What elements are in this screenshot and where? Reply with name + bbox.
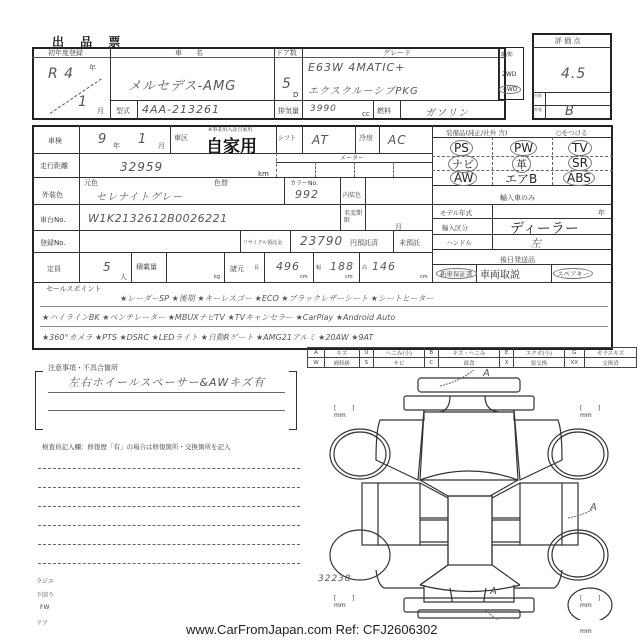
mark-right: A — [590, 502, 598, 513]
damage-legend: Aキズ Uへこみ(小) Bキズ・へこみ Eエクボ(小) Gガラスキズ W補修跡 … — [307, 347, 637, 368]
score-value: 4.5 — [561, 66, 586, 82]
model-code-value: 4AA-213261 — [142, 103, 220, 116]
doc-warranty: 新車保証書 — [436, 268, 477, 279]
sales-line-2: ★ハイラインBK ★ベンチレーター ★MBUXナビTV ★TVキャンセラー ★C… — [42, 312, 395, 323]
import-type-value: ディーラー — [510, 218, 579, 238]
svg-text:[: [ — [334, 405, 336, 412]
mark-rear: A — [490, 586, 498, 597]
sales-line-1: ★レーダーSP ★後期 ★キーレスゴー ★ECO ★ブラックレザーシート ★シー… — [120, 293, 434, 304]
doc-spare-key: スペアキー — [553, 268, 593, 279]
displacement-label: 排気量 — [278, 106, 299, 116]
grade-line2: エクスクルーシブPKG — [308, 82, 419, 97]
fuel-value: ガソリン — [425, 104, 469, 119]
chassis-label: 車台No. — [40, 215, 66, 225]
svg-text:]: ] — [352, 595, 354, 602]
inspection-year: 9 — [98, 132, 107, 147]
side-label-radiator: ラジエ — [36, 576, 54, 585]
mileage-label: 走行距離 — [40, 161, 68, 171]
inspection-label: 車検 — [48, 136, 62, 146]
dims-height: 146 — [372, 260, 396, 273]
drive-2wd: 2WD — [502, 71, 516, 78]
svg-text:[: [ — [580, 595, 582, 602]
inspection-month: 1 — [138, 132, 147, 147]
equip-sr: SR — [568, 155, 592, 171]
score-label: 評 価 点 — [555, 36, 580, 46]
model-code-label: 型式 — [116, 106, 130, 116]
notes-value: 左右ホイールスペーサー&AWキズ有 — [68, 374, 265, 390]
shift-label: シフト — [278, 133, 296, 142]
color-no-value: 992 — [295, 188, 319, 201]
score-exterior: B — [565, 104, 575, 119]
dims-width: 188 — [330, 260, 354, 273]
side-label-under: 下回り — [36, 590, 54, 599]
inspector-label: 検査員記入欄：修復歴「有」の場合は修復箇所・交換箇所を記入 — [42, 442, 231, 451]
equip-pw: PW — [510, 140, 537, 156]
car-name-label: 車 名 — [175, 48, 203, 58]
doc-manual: 車両取説 — [480, 266, 520, 281]
capacity-label: 定員 — [47, 264, 61, 274]
color-value: セレナイトグレー — [96, 188, 183, 203]
svg-text:[: [ — [580, 405, 582, 412]
car-name-value: メルセデス-AMG — [128, 75, 236, 94]
watermark-ref: CFJ2606302 — [363, 622, 437, 637]
fuel-label: 燃料 — [377, 106, 391, 116]
equip-airbag: エアB — [505, 170, 537, 187]
watermark: www.CarFromJapan.com Ref: CFJ2606302 — [186, 622, 437, 637]
svg-text:[: [ — [334, 595, 336, 602]
color-label: 外装色 — [42, 190, 63, 200]
watermark-site: www.CarFromJapan.com — [186, 622, 332, 637]
diagram-note: 32238 — [318, 574, 352, 584]
side-label-fw: FW — [40, 604, 49, 611]
sales-line-3: ★360°カメラ ★PTS ★DSRC ★LEDライト ★自動Rゲート ★AMG… — [42, 332, 373, 343]
displacement-value: 3990 — [310, 104, 337, 114]
first-reg-year: R 4 — [48, 66, 74, 82]
equip-tv: TV — [568, 140, 592, 156]
grade-label: グレード — [383, 48, 411, 58]
watermark-ref-label: Ref: — [336, 622, 360, 637]
doors-value: 5 — [282, 76, 292, 92]
doors-label: ドア数 — [276, 48, 297, 58]
equip-abs: ABS — [563, 170, 595, 186]
usage-value: 自家用 — [206, 132, 257, 157]
chassis-value: W1K2132612B0026221 — [88, 212, 228, 225]
svg-text:]: ] — [598, 595, 600, 602]
import-section-label: 輸入車のみ — [500, 193, 535, 203]
recycle-label: リサイクル預託金 — [243, 239, 282, 246]
sales-points-label: セールスポイント — [46, 284, 101, 294]
ac-value: AC — [388, 133, 407, 147]
mileage-value: 32959 — [120, 160, 163, 174]
load-label: 積載量 — [136, 262, 157, 272]
equipment-label: 装備品(純正/社外 含) — [446, 128, 507, 137]
equip-ps: PS — [450, 140, 473, 156]
dims-label: 諸元 — [230, 264, 244, 274]
mark-front: A — [483, 368, 491, 379]
first-reg-month: 1 — [78, 94, 88, 110]
usage-label: 車区 — [174, 133, 188, 143]
grade-line1: E63W 4MATIC+ — [308, 61, 405, 74]
capacity-value: 5 — [103, 260, 112, 274]
dims-length: 496 — [276, 260, 300, 273]
ac-label: 冷房 — [359, 133, 373, 143]
recycle-value: 23790 — [300, 234, 343, 248]
svg-text:]: ] — [598, 405, 600, 412]
side-label-rear: リア — [36, 618, 48, 627]
registration-label: 登録No. — [40, 238, 66, 248]
meter-label: メーター — [340, 153, 364, 162]
shift-value: AT — [312, 133, 329, 147]
svg-text:]: ] — [352, 405, 354, 412]
